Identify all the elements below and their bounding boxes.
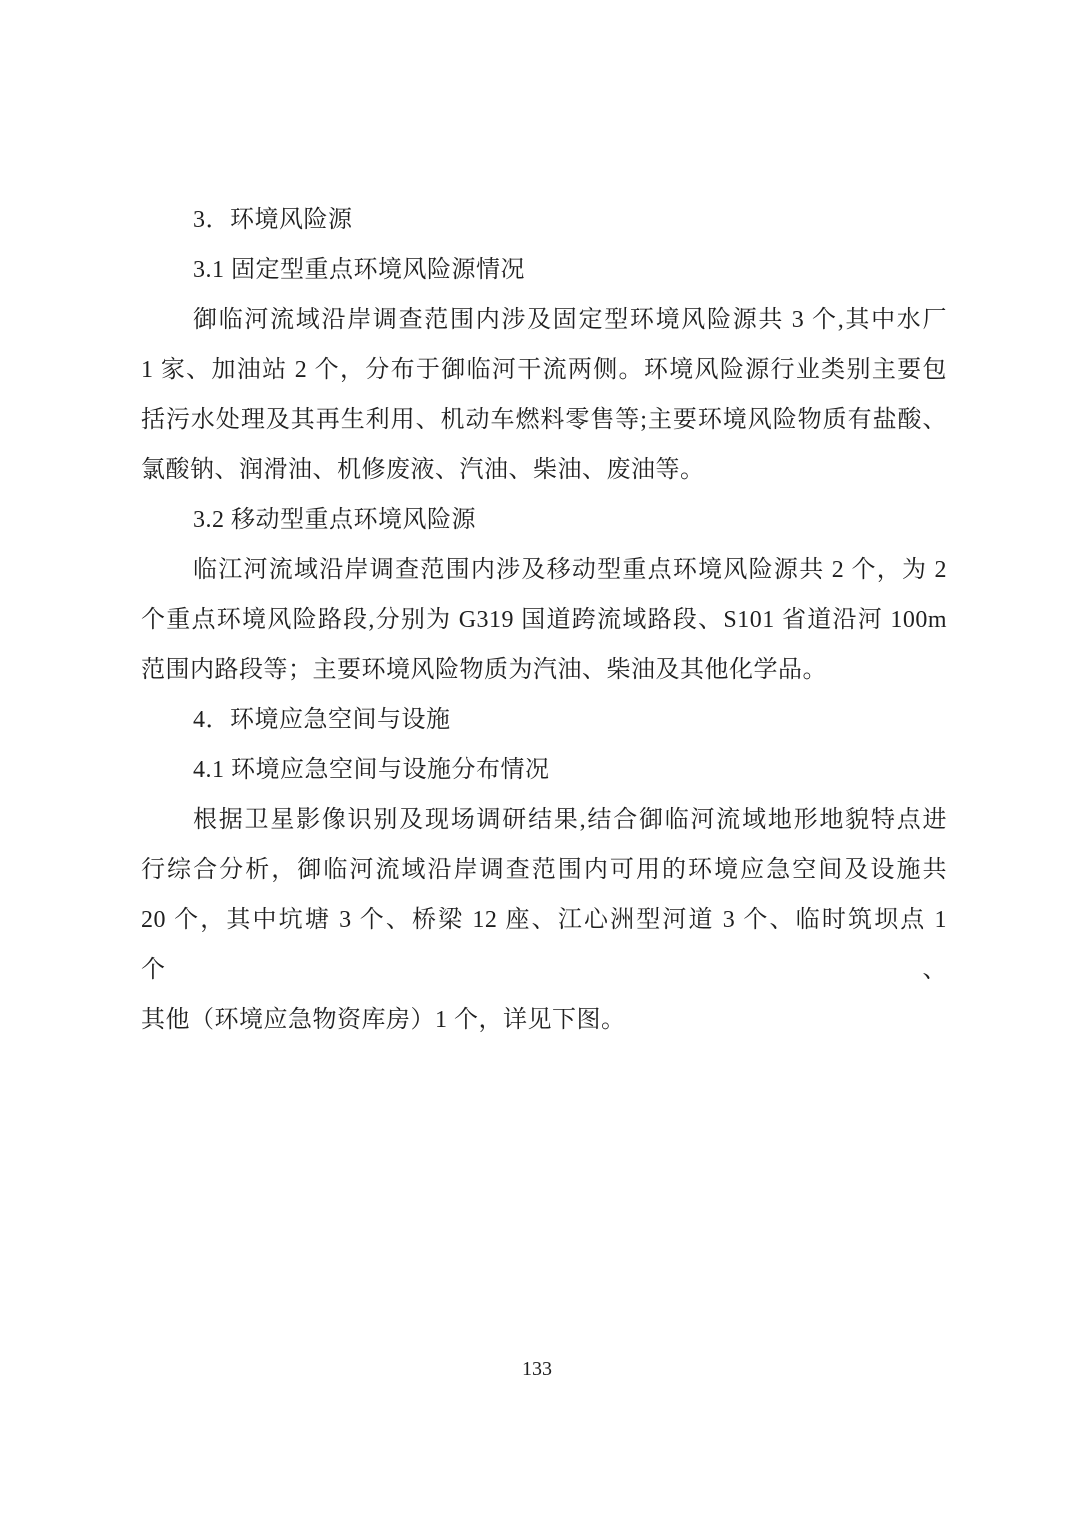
- paragraph-4-1-line: 20 个，其中坑塘 3 个、桥梁 12 座、江心洲型河道 3 个、临时筑坝点 1…: [141, 895, 947, 995]
- paragraph-3-2-line: 临江河流域沿岸调查范围内涉及移动型重点环境风险源共 2 个，为 2: [141, 545, 947, 595]
- paragraph-3-2-line: 个重点环境风险路段,分别为 G319 国道跨流域路段、S101 省道沿河 100…: [141, 595, 947, 645]
- paragraph-4-1-line: 行综合分析，御临河流域沿岸调查范围内可用的环境应急空间及设施共: [141, 845, 947, 895]
- paragraph-4-1-line: 其他（环境应急物资库房）1 个，详见下图。: [141, 995, 947, 1045]
- paragraph-3-1-line: 御临河流域沿岸调查范围内涉及固定型环境风险源共 3 个,其中水厂: [141, 295, 947, 345]
- paragraph-3-1-line: 氯酸钠、润滑油、机修废液、汽油、柴油、废油等。: [141, 445, 947, 495]
- heading-3: 3．环境风险源: [141, 195, 947, 245]
- heading-4: 4．环境应急空间与设施: [141, 695, 947, 745]
- page-footer: 133: [0, 1358, 1074, 1381]
- page-number: 133: [0, 1358, 1074, 1381]
- heading-3-2: 3.2 移动型重点环境风险源: [141, 495, 947, 545]
- heading-3-1: 3.1 固定型重点环境风险源情况: [141, 245, 947, 295]
- paragraph-3-1-line: 1 家、加油站 2 个，分布于御临河干流两侧。环境风险源行业类别主要包: [141, 345, 947, 395]
- heading-4-1: 4.1 环境应急空间与设施分布情况: [141, 745, 947, 795]
- document-body: 3．环境风险源 3.1 固定型重点环境风险源情况 御临河流域沿岸调查范围内涉及固…: [141, 195, 947, 1045]
- document-page: 3．环境风险源 3.1 固定型重点环境风险源情况 御临河流域沿岸调查范围内涉及固…: [0, 0, 1074, 1520]
- paragraph-4-1-line: 根据卫星影像识别及现场调研结果,结合御临河流域地形地貌特点进: [141, 795, 947, 845]
- paragraph-3-2-line: 范围内路段等；主要环境风险物质为汽油、柴油及其他化学品。: [141, 645, 947, 695]
- paragraph-3-1-line: 括污水处理及其再生利用、机动车燃料零售等;主要环境风险物质有盐酸、: [141, 395, 947, 445]
